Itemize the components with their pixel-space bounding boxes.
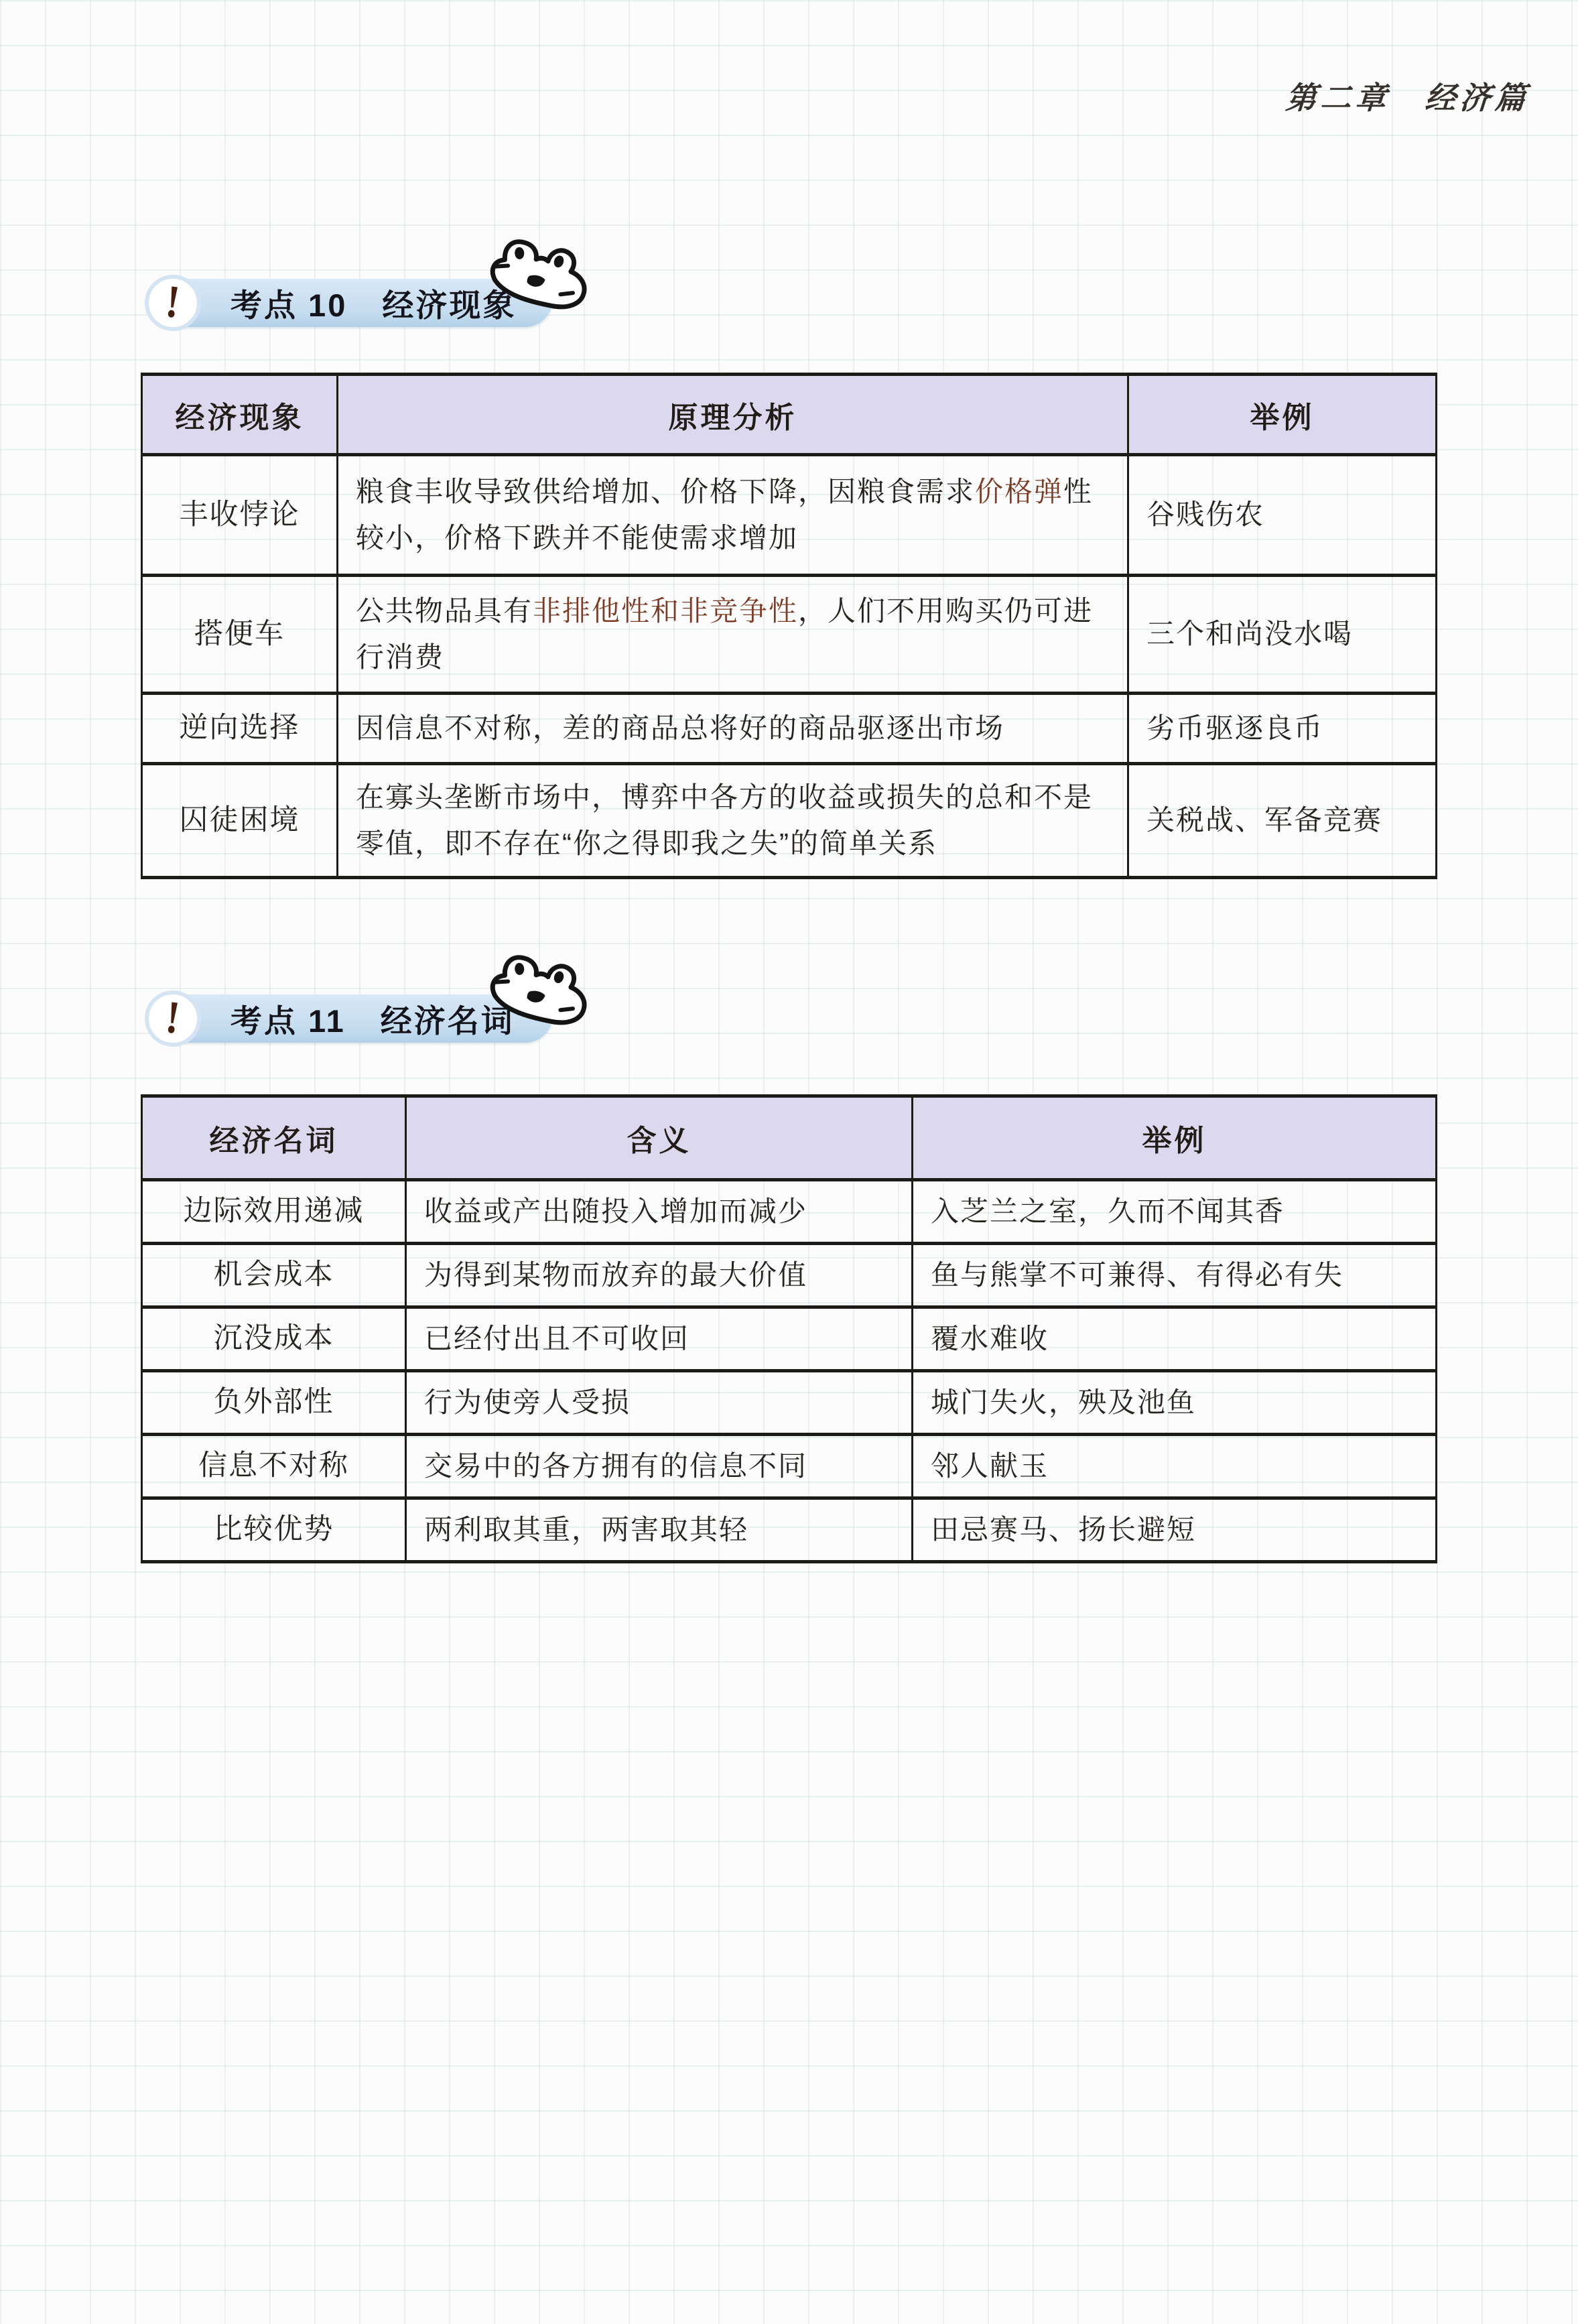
- chapter-header: 第二章 经济篇: [1285, 74, 1532, 118]
- exclamation-badge: !: [145, 275, 201, 331]
- column-header: 经济名词: [142, 1096, 406, 1180]
- table-economic-terms: 经济名词含义举例边际效用递减收益或产出随投入增加而减少入芝兰之室，久而不闻其香机…: [141, 1094, 1437, 1563]
- cell-text: 边际效用递减: [184, 1195, 365, 1227]
- cell-text: 劣币驱逐良币: [1146, 712, 1323, 744]
- cell-text: 行为使旁人受损: [424, 1386, 631, 1418]
- table-cell: 劣币驱逐良币: [1128, 694, 1437, 764]
- column-header: 经济现象: [142, 375, 338, 455]
- frog-doodle-icon: [480, 933, 600, 1035]
- column-header: 原理分析: [338, 375, 1128, 455]
- cell-text: 田忌赛马、扬长避短: [931, 1514, 1196, 1545]
- table-cell: 逆向选择: [142, 694, 338, 764]
- table-row: 沉没成本已经付出且不可收回覆水难收: [142, 1307, 1437, 1371]
- table-row: 囚徒困境在寡头垄断市场中，博弈中各方的收益或损失的总和不是零值，即不存在“你之得…: [142, 764, 1437, 878]
- table-header-row: 经济名词含义举例: [142, 1096, 1437, 1180]
- table-row: 逆向选择因信息不对称，差的商品总将好的商品驱逐出市场劣币驱逐良币: [142, 694, 1437, 764]
- table-cell: 行为使旁人受损: [406, 1371, 913, 1435]
- table-row: 负外部性行为使旁人受损城门失火，殃及池鱼: [142, 1371, 1437, 1435]
- table-row: 信息不对称交易中的各方拥有的信息不同邻人献玉: [142, 1435, 1437, 1498]
- table-cell: 交易中的各方拥有的信息不同: [406, 1435, 913, 1498]
- cell-text: 在寡头垄断市场中，博弈中各方的收益或损失的总和不是零值，即不存在“你之得即我之失…: [356, 781, 1093, 858]
- table-cell: 边际效用递减: [142, 1180, 406, 1244]
- table-cell: 囚徒困境: [142, 764, 338, 878]
- exclamation-badge: !: [145, 990, 201, 1047]
- cell-text: 交易中的各方拥有的信息不同: [424, 1450, 807, 1482]
- cell-text: 囚徒困境: [180, 804, 300, 836]
- table-row: 边际效用递减收益或产出随投入增加而减少入芝兰之室，久而不闻其香: [142, 1180, 1437, 1244]
- cell-text: 鱼与熊掌不可兼得、有得必有失: [931, 1259, 1343, 1291]
- table-cell: 邻人献玉: [913, 1435, 1437, 1498]
- cell-text: 非排他性和非竞争性: [533, 595, 798, 627]
- cell-text: 已经付出且不可收回: [424, 1323, 689, 1354]
- cell-text: 信息不对称: [198, 1449, 349, 1482]
- notebook-page: 第二章 经济篇 考点 10 经济现象 ! 经济现象原理分析举例丰收悖论粮食丰收导…: [0, 0, 1578, 2324]
- column-header: 举例: [913, 1096, 1437, 1180]
- table-cell: 沉没成本: [142, 1307, 406, 1371]
- table-cell: 公共物品具有非排他性和非竞争性，人们不用购买仍可进行消费: [338, 576, 1128, 694]
- cell-text: 三个和尚没水喝: [1146, 618, 1353, 649]
- table-cell: 粮食丰收导致供给增加、价格下降，因粮食需求价格弹性较小，价格下跌并不能使需求增加: [338, 455, 1128, 576]
- table-cell: 覆水难收: [913, 1307, 1437, 1371]
- table-cell: 关税战、军备竞赛: [1128, 764, 1437, 878]
- cell-text: 沉没成本: [214, 1322, 334, 1354]
- table-cell: 机会成本: [142, 1244, 406, 1307]
- frog-doodle-icon: [480, 217, 600, 320]
- table-row: 机会成本为得到某物而放弃的最大价值鱼与熊掌不可兼得、有得必有失: [142, 1244, 1437, 1307]
- table-row: 比较优势两利取其重，两害取其轻田忌赛马、扬长避短: [142, 1498, 1437, 1562]
- cell-text: 因信息不对称，差的商品总将好的商品驱逐出市场: [356, 712, 1004, 744]
- column-header: 举例: [1128, 375, 1437, 455]
- cell-text: 负外部性: [214, 1386, 334, 1418]
- table-cell: 已经付出且不可收回: [406, 1307, 913, 1371]
- cell-text: 比较优势: [214, 1513, 334, 1545]
- cell-text: 搭便车: [194, 618, 285, 650]
- table-cell: 三个和尚没水喝: [1128, 576, 1437, 694]
- table-row: 丰收悖论粮食丰收导致供给增加、价格下降，因粮食需求价格弹性较小，价格下跌并不能使…: [142, 455, 1437, 576]
- exclamation-icon: !: [163, 278, 182, 326]
- cell-text: 机会成本: [214, 1258, 334, 1291]
- cell-text: 为得到某物而放弃的最大价值: [424, 1259, 807, 1291]
- section-label: 考点 10: [231, 281, 347, 326]
- table-cell: 负外部性: [142, 1371, 406, 1435]
- cell-text: 覆水难收: [931, 1323, 1049, 1354]
- table-cell: 比较优势: [142, 1498, 406, 1562]
- table-cell: 城门失火，殃及池鱼: [913, 1371, 1437, 1435]
- section-kaodian-11: 考点 11 经济名词 !: [0, 941, 616, 1061]
- table-cell: 收益或产出随投入增加而减少: [406, 1180, 913, 1244]
- table-cell: 为得到某物而放弃的最大价值: [406, 1244, 913, 1307]
- cell-text: 粮食丰收导致供给增加、价格下降，因粮食需求: [356, 476, 975, 507]
- table-economic-phenomena: 经济现象原理分析举例丰收悖论粮食丰收导致供给增加、价格下降，因粮食需求价格弹性较…: [141, 373, 1437, 879]
- cell-text: 谷贱伤农: [1146, 499, 1264, 530]
- cell-text: 城门失火，殃及池鱼: [931, 1386, 1196, 1418]
- cell-text: 入芝兰之室，久而不闻其香: [931, 1196, 1285, 1227]
- table-cell: 入芝兰之室，久而不闻其香: [913, 1180, 1437, 1244]
- exclamation-icon: !: [163, 994, 182, 1041]
- section-title: 考点 10 经济现象: [231, 281, 516, 326]
- column-header: 含义: [406, 1096, 913, 1180]
- cell-text: 收益或产出随投入增加而减少: [424, 1196, 807, 1227]
- cell-text: 邻人献玉: [931, 1450, 1049, 1482]
- table-header-row: 经济现象原理分析举例: [142, 375, 1437, 455]
- cell-text: 逆向选择: [180, 712, 300, 744]
- section-kaodian-10: 考点 10 经济现象 !: [0, 225, 616, 346]
- table-cell: 搭便车: [142, 576, 338, 694]
- table-cell: 两利取其重，两害取其轻: [406, 1498, 913, 1562]
- table-cell: 丰收悖论: [142, 455, 338, 576]
- table-row: 搭便车公共物品具有非排他性和非竞争性，人们不用购买仍可进行消费三个和尚没水喝: [142, 576, 1437, 694]
- table-cell: 信息不对称: [142, 1435, 406, 1498]
- section-title: 考点 11 经济名词: [231, 996, 515, 1041]
- cell-text: 关税战、军备竞赛: [1146, 804, 1382, 836]
- table-cell: 谷贱伤农: [1128, 455, 1437, 576]
- cell-text: 价格弹: [975, 476, 1063, 507]
- table-cell: 因信息不对称，差的商品总将好的商品驱逐出市场: [338, 694, 1128, 764]
- cell-text: 公共物品具有: [356, 595, 533, 627]
- table-cell: 鱼与熊掌不可兼得、有得必有失: [913, 1244, 1437, 1307]
- cell-text: 丰收悖论: [180, 499, 300, 531]
- cell-text: 两利取其重，两害取其轻: [424, 1514, 748, 1545]
- section-label: 考点 11: [231, 996, 346, 1041]
- table-cell: 田忌赛马、扬长避短: [913, 1498, 1437, 1562]
- table-cell: 在寡头垄断市场中，博弈中各方的收益或损失的总和不是零值，即不存在“你之得即我之失…: [338, 764, 1128, 878]
